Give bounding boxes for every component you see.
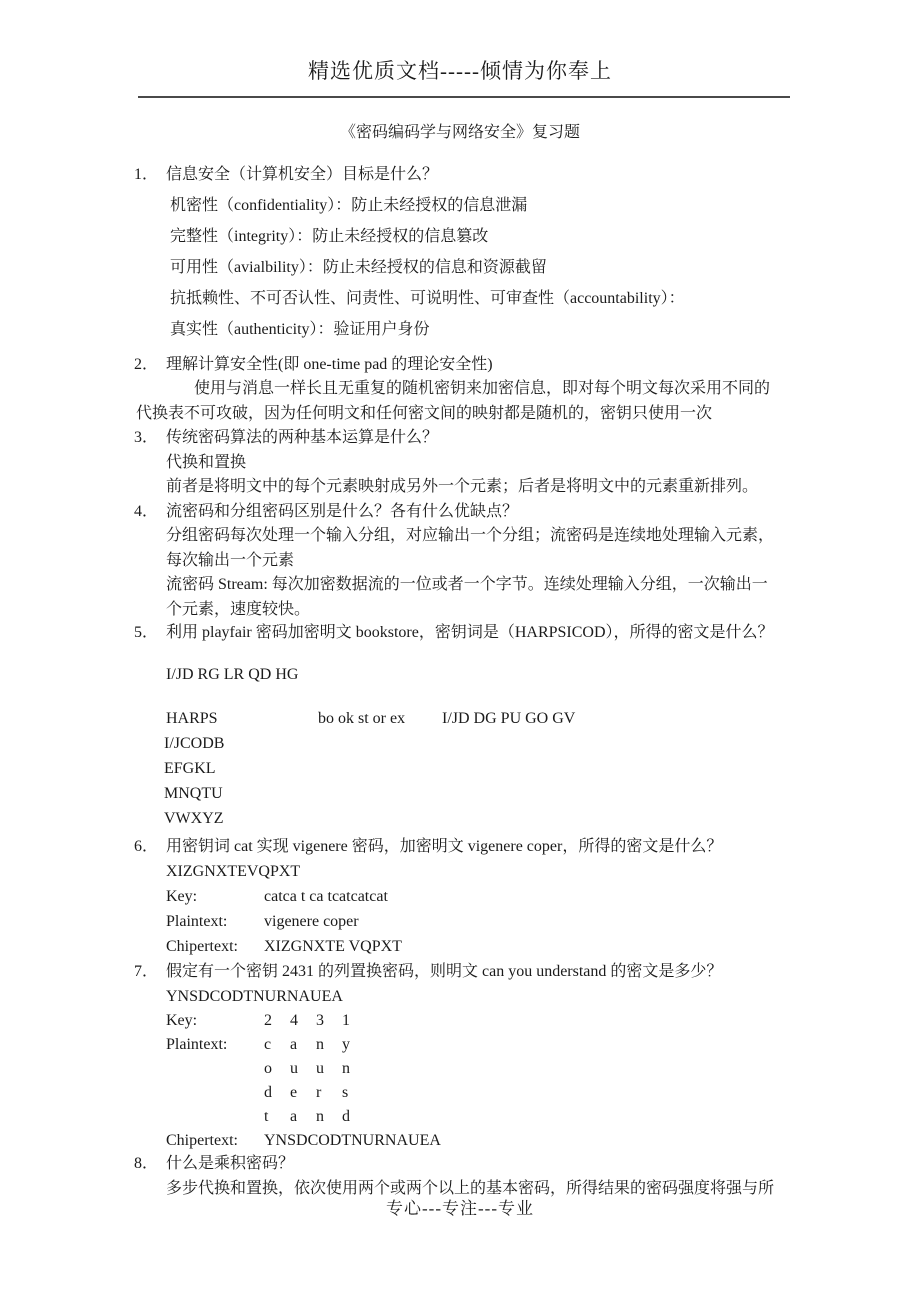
q5-matrix-row: VWXYZ	[164, 810, 224, 828]
q7-grid-row: tand	[264, 1108, 368, 1126]
q7-grid-cell: n	[342, 1060, 368, 1078]
q5-plain-pairs: bo ok st or ex	[318, 710, 405, 728]
q7-grid-cell: e	[290, 1084, 316, 1102]
q7-key-digit: 4	[290, 1012, 316, 1030]
q5-matrix-row: I/JCODB	[164, 735, 224, 753]
question-5: 5．利用 playfair 密码加密明文 bookstore，密钥词是（HARP…	[134, 624, 774, 642]
question-5-number: 5．	[134, 624, 166, 642]
question-3-number: 3．	[134, 429, 166, 447]
q6-plaintext-value: vigenere coper	[264, 913, 359, 930]
q7-grid-cell: a	[290, 1108, 316, 1126]
q7-grid-cell: s	[342, 1084, 368, 1102]
q7-grid-row: ders	[264, 1084, 368, 1102]
question-6: 6．用密钥词 cat 实现 vigenere 密码，加密明文 vigenere …	[134, 838, 722, 856]
q7-ciphertext-value: YNSDCODTNURNAUEA	[264, 1132, 441, 1149]
q5-cipher-result: I/JD RG LR QD HG	[166, 666, 298, 684]
question-3-text: 传统密码算法的两种基本运算是什么？	[166, 429, 438, 446]
q6-ciphertext-label: Chipertext:	[166, 938, 264, 956]
q6-key-label: Key:	[166, 888, 264, 906]
answer-4-line: 流密码 Stream: 每次加密数据流的一位或者一个字节。连续处理输入分组，一次…	[166, 576, 768, 594]
q7-cipher-result: YNSDCODTNURNAUEA	[166, 988, 343, 1006]
q7-key-digit: 1	[342, 1012, 368, 1030]
question-1-number: 1．	[134, 166, 166, 184]
question-8-number: 8．	[134, 1155, 166, 1173]
q7-ciphertext-label: Chipertext:	[166, 1132, 264, 1150]
q6-cipher-result: XIZGNXTEVQPXT	[166, 863, 300, 881]
q7-key-digit: 2	[264, 1012, 290, 1030]
q7-grid-row: ouun	[264, 1060, 368, 1078]
question-4: 4．流密码和分组密码区别是什么？各有什么优缺点？	[134, 503, 518, 521]
answer-1-line: 可用性（avialbility）：防止未经授权的信息和资源截留	[170, 259, 547, 277]
question-7-text: 假定有一个密钥 2431 的列置换密码，则明文 can you understa…	[166, 963, 722, 980]
answer-1-line: 真实性（authenticity）：验证用户身份	[170, 321, 430, 339]
answer-3-line: 代换和置换	[166, 454, 246, 472]
question-4-text: 流密码和分组密码区别是什么？各有什么优缺点？	[166, 503, 518, 520]
question-5-text: 利用 playfair 密码加密明文 bookstore，密钥词是（HARPSI…	[166, 624, 774, 641]
q5-matrix-row: EFGKL	[164, 760, 216, 778]
page-title: 《密码编码学与网络安全》复习题	[0, 124, 920, 142]
question-8-text: 什么是乘积密码？	[166, 1155, 294, 1172]
q6-plaintext-label: Plaintext:	[166, 913, 264, 931]
question-7: 7．假定有一个密钥 2431 的列置换密码，则明文 can you unders…	[134, 963, 722, 981]
header-divider-line	[138, 96, 790, 98]
q6-key-value: catca t ca tcatcatcat	[264, 888, 388, 905]
q7-grid-cell: o	[264, 1060, 290, 1078]
question-2-text: 理解计算安全性(即 one-time pad 的理论安全性)	[166, 356, 493, 373]
question-2-number: 2．	[134, 356, 166, 374]
q7-grid-cell: n	[316, 1108, 342, 1126]
question-6-text: 用密钥词 cat 实现 vigenere 密码，加密明文 vigenere co…	[166, 838, 722, 855]
q7-key-row: Key:2431	[166, 1012, 368, 1030]
answer-3-line: 前者是将明文中的每个元素映射成另外一个元素；后者是将明文中的元素重新排列。	[166, 478, 758, 496]
q7-grid-cell: c	[264, 1036, 290, 1054]
page-footer-text: 专心---专注---专业	[0, 1200, 920, 1218]
q5-matrix-row: HARPS	[166, 710, 218, 727]
q5-matrix-row: MNQTU	[164, 785, 223, 803]
question-1-text: 信息安全（计算机安全）目标是什么？	[166, 166, 438, 183]
answer-2-line: 代换表不可攻破，因为任何明文和任何密文间的映射都是随机的，密钥只使用一次	[136, 405, 712, 423]
q7-key-digit: 3	[316, 1012, 342, 1030]
q7-key-label: Key:	[166, 1012, 264, 1030]
q7-grid-cell: u	[290, 1060, 316, 1078]
q6-ciphertext-value: XIZGNXTE VQPXT	[264, 938, 402, 955]
answer-4-line: 分组密码每次处理一个输入分组，对应输出一个分组；流密码是连续地处理输入元素，	[166, 527, 774, 545]
q7-grid-cell: r	[316, 1084, 342, 1102]
q6-plaintext-row: Plaintext:vigenere coper	[166, 913, 359, 931]
q7-grid-cell: a	[290, 1036, 316, 1054]
q7-grid-cell: t	[264, 1108, 290, 1126]
q7-grid-cell: u	[316, 1060, 342, 1078]
q7-grid-row: Plaintext:cany	[166, 1036, 368, 1054]
answer-1-line: 抗抵赖性、不可否认性、问责性、可说明性、可审查性（accountability）…	[170, 290, 685, 308]
question-8: 8．什么是乘积密码？	[134, 1155, 294, 1173]
question-2: 2．理解计算安全性(即 one-time pad 的理论安全性)	[134, 356, 493, 374]
answer-8-line: 多步代换和置换，依次使用两个或两个以上的基本密码，所得结果的密码强度将强与所	[166, 1180, 774, 1198]
answer-4-line: 每次输出一个元素	[166, 552, 294, 570]
question-6-number: 6．	[134, 838, 166, 856]
question-4-number: 4．	[134, 503, 166, 521]
q7-grid-cell: y	[342, 1036, 368, 1054]
question-3: 3．传统密码算法的两种基本运算是什么？	[134, 429, 438, 447]
q5-cipher-pairs: I/JD DG PU GO GV	[442, 710, 575, 728]
q7-grid-cell: d	[342, 1108, 368, 1126]
q6-ciphertext-row: Chipertext:XIZGNXTE VQPXT	[166, 938, 402, 956]
q7-plaintext-label: Plaintext:	[166, 1036, 264, 1054]
answer-1-line: 机密性（confidentiality）：防止未经授权的信息泄漏	[170, 197, 527, 215]
question-7-number: 7．	[134, 963, 166, 981]
q5-matrix-header-row: HARPSbo ok st or exI/JD DG PU GO GV	[166, 710, 218, 728]
answer-4-line: 个元素，速度较快。	[166, 601, 310, 619]
q7-grid-cell: n	[316, 1036, 342, 1054]
q6-key-row: Key:catca t ca tcatcatcat	[166, 888, 388, 906]
answer-2-line: 使用与消息一样长且无重复的随机密钥来加密信息，即对每个明文每次采用不同的	[194, 380, 770, 398]
page-header-text: 精选优质文档-----倾情为你奉上	[0, 62, 920, 80]
question-1: 1．信息安全（计算机安全）目标是什么？	[134, 166, 438, 184]
q7-grid-cell: d	[264, 1084, 290, 1102]
q7-ciphertext-row: Chipertext:YNSDCODTNURNAUEA	[166, 1132, 441, 1150]
document-page: 精选优质文档-----倾情为你奉上 《密码编码学与网络安全》复习题 1．信息安全…	[0, 0, 920, 1302]
answer-1-line: 完整性（integrity）：防止未经授权的信息篡改	[170, 228, 488, 246]
